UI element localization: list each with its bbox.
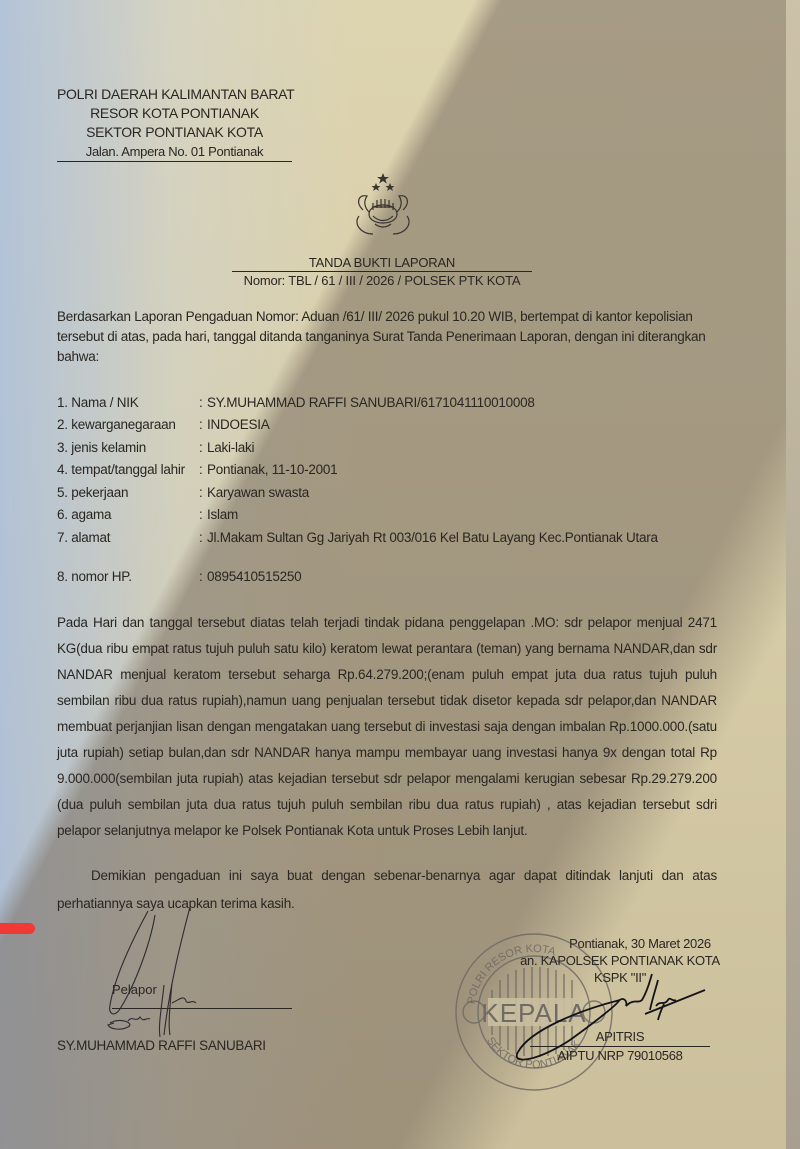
letterhead-address: Jalan. Ampera No. 01 Pontianak: [57, 142, 292, 162]
reporter-details: 1. Nama / NIK : SY.MUHAMMAD RAFFI SANUBA…: [57, 391, 757, 588]
document-title-block: TANDA BUKTI LAPORAN Nomor: TBL / 61 / II…: [232, 254, 532, 288]
field-value: Pontianak, 11-10-2001: [207, 462, 757, 477]
letterhead-line2: RESOR KOTA PONTIANAK: [57, 104, 292, 123]
field-separator: :: [199, 395, 207, 410]
field-value: Islam: [207, 507, 757, 522]
field-label: 6. agama: [57, 507, 199, 522]
letterhead-line3: SEKTOR PONTIANAK KOTA: [57, 123, 292, 142]
field-value: INDOESIA: [207, 417, 757, 432]
reporter-signature-icon: [80, 905, 250, 1045]
field-separator: :: [199, 485, 207, 500]
field-separator: :: [199, 507, 207, 522]
field-row-occupation: 5. pekerjaan : Karyawan swasta: [57, 481, 757, 504]
field-label: 4. tempat/tanggal lahir: [57, 462, 199, 477]
letterhead: POLRI DAERAH KALIMANTAN BARAT RESOR KOTA…: [57, 85, 292, 162]
field-value: Karyawan swasta: [207, 485, 757, 500]
field-label: 7. alamat: [57, 530, 199, 545]
field-row-gender: 3. jenis kelamin : Laki-laki: [57, 436, 757, 459]
page-edge: [786, 0, 800, 1149]
field-value: Laki-laki: [207, 440, 757, 455]
field-row-name: 1. Nama / NIK : SY.MUHAMMAD RAFFI SANUBA…: [57, 391, 757, 414]
field-value: SY.MUHAMMAD RAFFI SANUBARI/6171041110010…: [207, 395, 757, 410]
field-separator: :: [199, 530, 207, 545]
officer-signature-icon: [500, 960, 710, 1070]
field-separator: :: [199, 440, 207, 455]
document-title: TANDA BUKTI LAPORAN: [232, 255, 532, 272]
red-marker: [0, 923, 35, 934]
field-row-address: 7. alamat : Jl.Makam Sultan Gg Jariyah R…: [57, 526, 757, 549]
letterhead-line1: POLRI DAERAH KALIMANTAN BARAT: [57, 85, 292, 104]
field-row-birth: 4. tempat/tanggal lahir : Pontianak, 11-…: [57, 459, 757, 482]
field-row-religion: 6. agama : Islam: [57, 504, 757, 527]
field-label: 2. kewarganegaraan: [57, 417, 199, 432]
intro-paragraph: Berdasarkan Laporan Pengaduan Nomor: Adu…: [57, 307, 717, 367]
field-label: 8. nomor HP.: [57, 569, 199, 584]
incident-narrative: Pada Hari dan tanggal tersebut diatas te…: [57, 610, 717, 844]
field-value: Jl.Makam Sultan Gg Jariyah Rt 003/016 Ke…: [207, 530, 757, 545]
field-label: 1. Nama / NIK: [57, 395, 199, 410]
document-number: Nomor: TBL / 61 / III / 2026 / POLSEK PT…: [232, 273, 532, 288]
field-row-citizenship: 2. kewarganegaraan : INDOESIA: [57, 414, 757, 437]
field-separator: :: [199, 569, 207, 584]
field-separator: :: [199, 417, 207, 432]
field-separator: :: [199, 462, 207, 477]
field-row-phone: 8. nomor HP. : 0895410515250: [57, 566, 757, 589]
field-label: 5. pekerjaan: [57, 485, 199, 500]
field-value: 0895410515250: [207, 569, 757, 584]
place-date: Pontianak, 30 Maret 2026: [540, 935, 740, 952]
field-label: 3. jenis kelamin: [57, 440, 199, 455]
police-emblem-icon: [345, 172, 421, 242]
